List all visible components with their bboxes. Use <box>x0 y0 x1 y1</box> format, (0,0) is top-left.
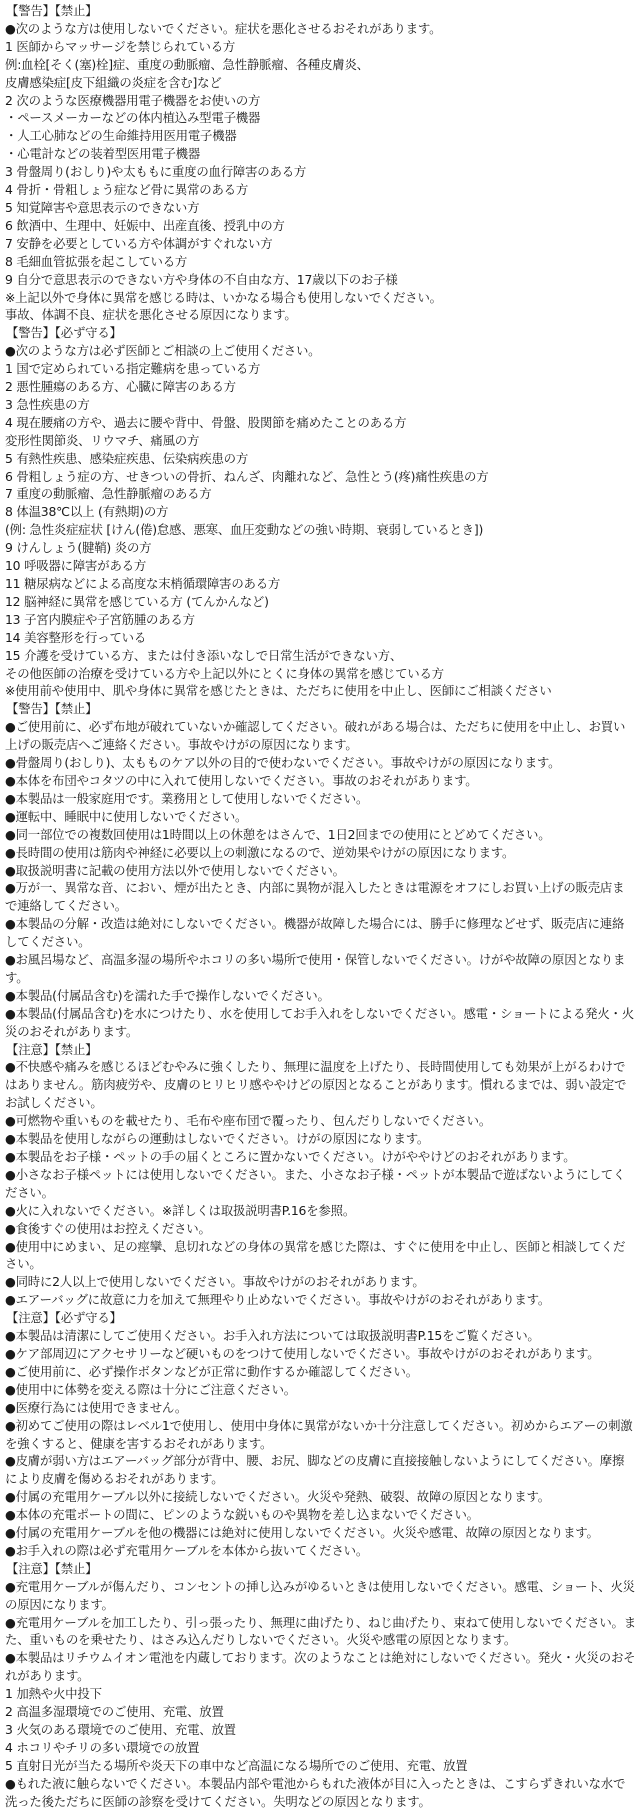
body-text: 変形性関節炎、リウマチ、痛風の方 <box>5 432 636 450</box>
bullet-paragraph: ●使用中にめまい、足の痙攣、息切れなどの身体の異常を感じた際は、すぐに使用を中止… <box>5 1238 636 1274</box>
body-text: 事故、体調不良、症状を悪化させる原因になります。 <box>5 306 636 324</box>
list-item: 5 有熱性疾患、感染症疾患、伝染病疾患の方 <box>5 450 636 468</box>
list-item: 6 飲酒中、生理中、妊娠中、出産直後、授乳中の方 <box>5 217 636 235</box>
list-item: 8 毛細血管拡張を起こしている方 <box>5 253 636 271</box>
bullet-paragraph: ●不快感や痛みを感じるほどむやみに強くしたり、無理に温度を上げたり、長時間使用し… <box>5 1058 636 1112</box>
bullet-paragraph: ●本体を布団やコタツの中に入れて使用しないでください。事故のおそれがあります。 <box>5 772 636 790</box>
list-item: ・人工心肺などの生命維持用医用電子機器 <box>5 127 636 145</box>
list-item: 1 国で定められている指定難病を患っている方 <box>5 360 636 378</box>
list-item: 9 自分で意思表示のできない方や身体の不自由な方、17歳以下のお子様 <box>5 271 636 289</box>
bullet-paragraph: ●付属の充電用ケーブルを他の機器には絶対に使用しないでください。火災や感電、故障… <box>5 1524 636 1542</box>
list-item: 3 急性疾患の方 <box>5 396 636 414</box>
note-text: ※使用前や使用中、肌や身体に異常を感じたときは、ただちに使用を中止し、医師にご相… <box>5 682 636 700</box>
section-heading: 【注意】【禁止】 <box>5 1560 636 1578</box>
section-heading: 【注意】【禁止】 <box>5 1041 636 1059</box>
bullet-paragraph: ●本製品をお子様・ペットの手の届くところに置かないでください。けがややけどのおそ… <box>5 1148 636 1166</box>
list-item: 6 骨粗しょう症の方、せきついの骨折、ねんざ、肉離れなど、急性とう(疼)痛性疾患… <box>5 468 636 486</box>
bullet-paragraph: ●同一部位での複数回使用は1時間以上の休憩をはさんで、1日2回までの使用にとどめ… <box>5 826 636 844</box>
section-heading: 【警告】【禁止】 <box>5 2 636 20</box>
bullet-paragraph: ●同時に2人以上で使用しないでください。事故やけがのおそれがあります。 <box>5 1273 636 1291</box>
bullet-paragraph: ●ご使用前に、必ず操作ボタンなどが正常に動作するか確認してください。 <box>5 1363 636 1381</box>
bullet-paragraph: ●可燃物や重いものを載せたり、毛布や座布団で覆ったり、包んだりしないでください。 <box>5 1112 636 1130</box>
bullet-paragraph: ●本製品は一般家庭用です。業務用として使用しないでください。 <box>5 790 636 808</box>
bullet-paragraph: ●食後すぐの使用はお控えください。 <box>5 1220 636 1238</box>
list-item: 15 介護を受けている方、または付き添いなしで日常生活ができない方、 <box>5 647 636 665</box>
bullet-paragraph: ●本製品(付属品含む)を水につけたり、水を使用してお手入れをしないでください。感… <box>5 1005 636 1041</box>
bullet-paragraph: ●お手入れの際は必ず充電用ケーブルを本体から抜いてください。 <box>5 1542 636 1560</box>
bullet-paragraph: ●ケア部周辺にアクセサリーなど硬いものをつけて使用しないでください。事故やけがの… <box>5 1345 636 1363</box>
list-item: 2 次のような医療機器用電子機器をお使いの方 <box>5 92 636 110</box>
bullet-paragraph: ●付属の充電用ケーブル以外に接続しないでください。火災や発熱、破裂、故障の原因と… <box>5 1488 636 1506</box>
bullet-paragraph: ●お風呂場など、高温多湿の場所やホコリの多い場所で使用・保管しないでください。け… <box>5 951 636 987</box>
list-item: ・ペースメーカーなどの体内植込み型電子機器 <box>5 109 636 127</box>
section-heading: 【警告】【必ず守る】 <box>5 324 636 342</box>
bullet-paragraph: ●本製品はリチウムイオン電池を内蔵しております。次のようなことは絶対にしないでく… <box>5 1649 636 1685</box>
list-item: 2 高温多湿環境でのご使用、充電、放置 <box>5 1703 636 1721</box>
body-text: 皮膚感染症[皮下組織の炎症を含む]など <box>5 74 636 92</box>
list-item: 14 美容整形を行っている <box>5 629 636 647</box>
list-item: 4 骨折・骨粗しょう症など骨に異常のある方 <box>5 181 636 199</box>
safety-precautions-document: 【警告】【禁止】●次のような方は使用しないでください。症状を悪化させるおそれがあ… <box>0 0 640 1811</box>
list-item: 9 けんしょう(腱鞘) 炎の方 <box>5 539 636 557</box>
bullet-paragraph: ●次のような方は使用しないでください。症状を悪化させるおそれがあります。 <box>5 20 636 38</box>
bullet-paragraph: ●取扱説明書に記載の使用方法以外で使用しないでください。 <box>5 862 636 880</box>
list-item: 4 ホコリやチリの多い環境での放置 <box>5 1739 636 1757</box>
bullet-paragraph: ●初めてご使用の際はレベル1で使用し、使用中身体に異常がないか十分注意してくださ… <box>5 1417 636 1453</box>
bullet-paragraph: ●充電用ケーブルが傷んだり、コンセントの挿し込みがゆるいときは使用しないでくださ… <box>5 1578 636 1614</box>
list-item: ・心電計などの装着型医用電子機器 <box>5 145 636 163</box>
list-item: 8 体温38℃以上 (有熱期)の方 <box>5 503 636 521</box>
list-item: 5 知覚障害や意思表示のできない方 <box>5 199 636 217</box>
body-text: (例: 急性炎症症状 [けん(倦)怠感、悪寒、血圧変動などの強い時期、衰弱してい… <box>5 521 636 539</box>
bullet-paragraph: ●医療行為には使用できません。 <box>5 1399 636 1417</box>
list-item: 4 現在腰痛の方や、過去に腰や背中、骨盤、股関節を痛めたことのある方 <box>5 414 636 432</box>
section-heading: 【警告】【禁止】 <box>5 700 636 718</box>
bullet-paragraph: ●次のような方は必ず医師とご相談の上ご使用ください。 <box>5 342 636 360</box>
bullet-paragraph: ●本体の充電ポートの間に、ピンのような鋭いものや異物を差し込まないでください。 <box>5 1506 636 1524</box>
body-text: 例:血栓[そく(塞)栓]症、重度の動脈瘤、急性静脈瘤、各種皮膚炎、 <box>5 56 636 74</box>
bullet-paragraph: ●長時間の使用は筋肉や神経に必要以上の刺激になるので、逆効果やけがの原因になりま… <box>5 844 636 862</box>
list-item: 5 直射日光が当たる場所や炎天下の車中など高温になる場所でのご使用、充電、放置 <box>5 1757 636 1775</box>
list-item: 1 加熱や火中投下 <box>5 1685 636 1703</box>
bullet-paragraph: ●小さなお子様ペットには使用しないでください。また、小さなお子様・ペットが本製品… <box>5 1166 636 1202</box>
list-item: 7 重度の動脈瘤、急性静脈瘤のある方 <box>5 485 636 503</box>
list-item: 1 医師からマッサージを禁じられている方 <box>5 38 636 56</box>
bullet-paragraph: ●エアーバッグに故意に力を加えて無理やり止めないでください。事故やけがのおそれが… <box>5 1291 636 1309</box>
bullet-paragraph: ●もれた液に触らないでください。本製品内部や電池からもれた液体が目に入ったときは… <box>5 1775 636 1811</box>
list-item: 7 安静を必要としている方や体調がすぐれない方 <box>5 235 636 253</box>
section-heading: 【注意】【必ず守る】 <box>5 1309 636 1327</box>
bullet-paragraph: ●本製品を使用しながらの運動はしないでください。けがの原因になります。 <box>5 1130 636 1148</box>
bullet-paragraph: ●運転中、睡眠中に使用しないでください。 <box>5 808 636 826</box>
bullet-paragraph: ●本製品は清潔にしてご使用ください。お手入れ方法については取扱説明書P.15をご… <box>5 1327 636 1345</box>
list-item: 3 骨盤周り(おしり)や太ももに重度の血行障害のある方 <box>5 163 636 181</box>
bullet-paragraph: ●骨盤周り(おしり)、太もものケア以外の目的で使わないでください。事故やけがの原… <box>5 754 636 772</box>
list-item: 12 脳神経に異常を感じている方 (てんかんなど) <box>5 593 636 611</box>
list-item: 13 子宮内膜症や子宮筋腫のある方 <box>5 611 636 629</box>
list-item: 2 悪性腫瘍のある方、心臓に障害のある方 <box>5 378 636 396</box>
list-item: 3 火気のある環境でのご使用、充電、放置 <box>5 1721 636 1739</box>
note-text: ※上記以外で身体に異常を感じる時は、いかなる場合も使用しないでください。 <box>5 289 636 307</box>
body-text: その他医師の治療を受けている方や上記以外にとくに身体の異常を感じている方 <box>5 665 636 683</box>
bullet-paragraph: ●充電用ケーブルを加工したり、引っ張ったり、無理に曲げたり、ねじ曲げたり、束ねて… <box>5 1614 636 1650</box>
bullet-paragraph: ●使用中に体勢を変える際は十分にご注意ください。 <box>5 1381 636 1399</box>
list-item: 11 糖尿病などによる高度な末梢循環障害のある方 <box>5 575 636 593</box>
bullet-paragraph: ●本製品(付属品含む)を濡れた手で操作しないでください。 <box>5 987 636 1005</box>
bullet-paragraph: ●本製品の分解・改造は絶対にしないでください。機器が故障した場合には、勝手に修理… <box>5 915 636 951</box>
bullet-paragraph: ●火に入れないでください。※詳しくは取扱説明書P.16を参照。 <box>5 1202 636 1220</box>
bullet-paragraph: ●ご使用前に、必ず布地が破れていないか確認してください。破れがある場合は、ただち… <box>5 718 636 754</box>
list-item: 10 呼吸器に障害がある方 <box>5 557 636 575</box>
bullet-paragraph: ●万が一、異常な音、におい、煙が出たとき、内部に異物が混入したときは電源をオフに… <box>5 879 636 915</box>
bullet-paragraph: ●皮膚が弱い方はエアーバッグ部分が背中、腰、お尻、脚などの皮膚に直接接触しないよ… <box>5 1452 636 1488</box>
